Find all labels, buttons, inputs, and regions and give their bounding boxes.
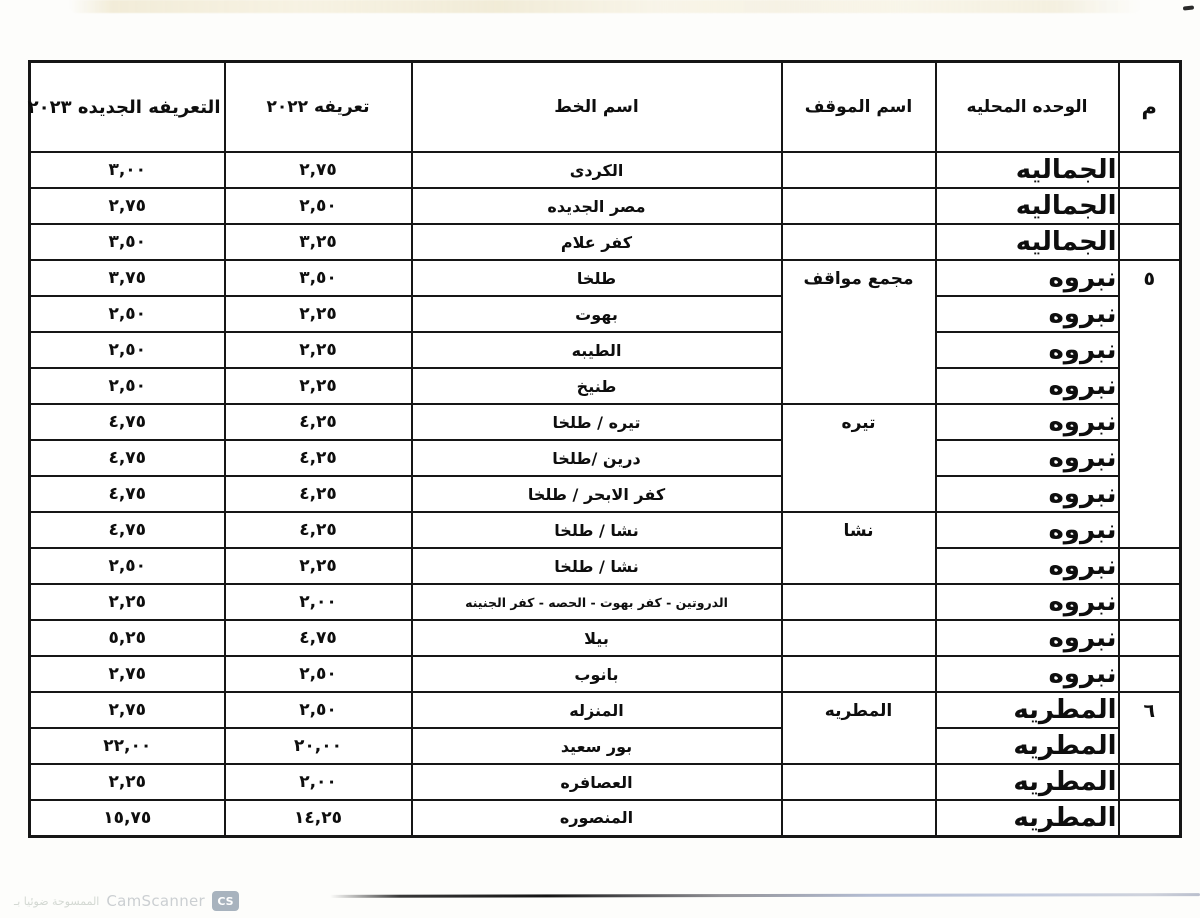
table-row: نبروه كفر الابحر / طلخا ٤,٢٥ ٤,٧٥ [30, 476, 1181, 512]
tariff-2022-cell: ٢,٢٥ [225, 296, 412, 332]
tariff-2023-cell: ٢,٧٥ [30, 692, 225, 728]
stop-cell [782, 152, 936, 188]
line-cell: العصافره [412, 764, 782, 800]
line-cell: طلخا [412, 260, 782, 296]
tariff-2023-cell: ٣,٧٥ [30, 260, 225, 296]
index-cell: ٦ [1119, 692, 1181, 764]
stop-cell: مجمع مواقف [782, 260, 936, 404]
camscanner-arabic-text: الممسوحة ضوئيا بـ [14, 895, 99, 908]
unit-cell: نبروه [936, 584, 1119, 620]
index-cell [1119, 764, 1181, 800]
table-row: ٥ نبروه مجمع مواقف طلخا ٣,٥٠ ٣,٧٥ [30, 260, 1181, 296]
tariff-2022-cell: ٢,٥٠ [225, 692, 412, 728]
header-index: م [1119, 62, 1181, 153]
index-cell [1119, 620, 1181, 656]
header-line: اسم الخط [412, 62, 782, 153]
table-row: نبروه طنيخ ٢,٢٥ ٢,٥٠ [30, 368, 1181, 404]
table-row: نبروه بيلا ٤,٧٥ ٥,٢٥ [30, 620, 1181, 656]
unit-cell: نبروه [936, 476, 1119, 512]
index-cell [1119, 188, 1181, 224]
line-cell: تيره / طلخا [412, 404, 782, 440]
camscanner-logo-icon: CS [212, 891, 239, 911]
index-cell [1119, 584, 1181, 620]
unit-cell: المطريه [936, 692, 1119, 728]
line-cell: طنيخ [412, 368, 782, 404]
index-cell [1119, 656, 1181, 692]
table-row: نبروه الطيبه ٢,٢٥ ٢,٥٠ [30, 332, 1181, 368]
unit-cell: الجماليه [936, 224, 1119, 260]
unit-cell: نبروه [936, 296, 1119, 332]
table-row: نبروه نشا / طلخا ٢,٢٥ ٢,٥٠ [30, 548, 1181, 584]
tariff-2023-cell: ١٥,٧٥ [30, 800, 225, 836]
tariff-2022-cell: ٢,٠٠ [225, 584, 412, 620]
tariff-2022-cell: ٢,٢٥ [225, 332, 412, 368]
table-row: الجماليه الكردى ٢,٧٥ ٣,٠٠ [30, 152, 1181, 188]
tariff-2022-cell: ١٤,٢٥ [225, 800, 412, 836]
unit-cell: نبروه [936, 620, 1119, 656]
stop-cell [782, 764, 936, 800]
unit-cell: الجماليه [936, 152, 1119, 188]
tariff-2022-cell: ٢,٧٥ [225, 152, 412, 188]
stop-cell: نشا [782, 512, 936, 584]
line-cell: المنصوره [412, 800, 782, 836]
tariff-2022-cell: ٤,٢٥ [225, 404, 412, 440]
unit-cell: المطريه [936, 728, 1119, 764]
tariff-2022-cell: ٢٠,٠٠ [225, 728, 412, 764]
line-cell: المنزله [412, 692, 782, 728]
tariff-2023-cell: ٢,٧٥ [30, 656, 225, 692]
unit-cell: نبروه [936, 260, 1119, 296]
header-stop: اسم الموقف [782, 62, 936, 153]
line-cell: بهوت [412, 296, 782, 332]
tariff-2022-cell: ٢,٢٥ [225, 368, 412, 404]
tariff-2022-cell: ٣,٥٠ [225, 260, 412, 296]
stop-cell [782, 224, 936, 260]
line-cell: بانوب [412, 656, 782, 692]
stop-cell [782, 188, 936, 224]
tariff-2022-cell: ٤,٧٥ [225, 620, 412, 656]
corner-pen-mark [1183, 5, 1194, 10]
tariff-2022-cell: ٢,٠٠ [225, 764, 412, 800]
table-row: نبروه بهوت ٢,٢٥ ٢,٥٠ [30, 296, 1181, 332]
header-row: م الوحده المحليه اسم الموقف اسم الخط تعر… [30, 62, 1181, 153]
index-cell: ٥ [1119, 260, 1181, 548]
tariff-2022-cell: ٣,٢٥ [225, 224, 412, 260]
tariff-2022-cell: ٤,٢٥ [225, 512, 412, 548]
unit-cell: نبروه [936, 332, 1119, 368]
index-cell [1119, 224, 1181, 260]
stop-cell [782, 584, 936, 620]
tariff-2023-cell: ٤,٧٥ [30, 440, 225, 476]
scanned-page: م الوحده المحليه اسم الموقف اسم الخط تعر… [0, 0, 1200, 918]
camscanner-brand-text: CamScanner [106, 892, 205, 910]
unit-cell: نبروه [936, 440, 1119, 476]
line-cell: نشا / طلخا [412, 512, 782, 548]
tariff-2023-cell: ٢,٧٥ [30, 188, 225, 224]
index-cell [1119, 152, 1181, 188]
unit-cell: نبروه [936, 368, 1119, 404]
line-cell: كفر الابحر / طلخا [412, 476, 782, 512]
stop-cell [782, 800, 936, 836]
header-tariff-2023: التعريفه الجديده ٢٠٢٣ [30, 62, 225, 153]
tariff-table-container: م الوحده المحليه اسم الموقف اسم الخط تعر… [32, 60, 1182, 838]
table-row: الجماليه كفر علام ٣,٢٥ ٣,٥٠ [30, 224, 1181, 260]
tariff-2023-cell: ٥,٢٥ [30, 620, 225, 656]
stop-cell: تيره [782, 404, 936, 512]
tariff-2023-cell: ٢,٥٠ [30, 296, 225, 332]
line-cell: نشا / طلخا [412, 548, 782, 584]
table-row: نبروه نشا نشا / طلخا ٤,٢٥ ٤,٧٥ [30, 512, 1181, 548]
stop-cell: المطريه [782, 692, 936, 764]
unit-cell: نبروه [936, 656, 1119, 692]
stop-cell [782, 656, 936, 692]
line-cell: درين /طلخا [412, 440, 782, 476]
tariff-2022-cell: ٢,٥٠ [225, 188, 412, 224]
unit-cell: المطريه [936, 764, 1119, 800]
line-cell: بيلا [412, 620, 782, 656]
table-row: نبروه درين /طلخا ٤,٢٥ ٤,٧٥ [30, 440, 1181, 476]
table-row: نبروه بانوب ٢,٥٠ ٢,٧٥ [30, 656, 1181, 692]
tariff-2023-cell: ٣,٥٠ [30, 224, 225, 260]
unit-cell: نبروه [936, 548, 1119, 584]
table-row: المطريه بور سعيد ٢٠,٠٠ ٢٢,٠٠ [30, 728, 1181, 764]
table-row: الجماليه مصر الجديده ٢,٥٠ ٢,٧٥ [30, 188, 1181, 224]
tariff-2023-cell: ٤,٧٥ [30, 476, 225, 512]
tariff-2023-cell: ٢,٢٥ [30, 584, 225, 620]
tariff-2023-cell: ٢,٥٠ [30, 548, 225, 584]
tariff-2023-cell: ٣,٠٠ [30, 152, 225, 188]
top-cutoff-text-smudge [70, 0, 1140, 13]
table-row: ٦ المطريه المطريه المنزله ٢,٥٠ ٢,٧٥ [30, 692, 1181, 728]
unit-cell: المطريه [936, 800, 1119, 836]
tariff-2022-cell: ٢,٢٥ [225, 548, 412, 584]
page-edge-scan-line [330, 893, 1200, 898]
tariff-2023-cell: ٤,٧٥ [30, 512, 225, 548]
table-row: نبروه الدروتين - كفر بهوت - الحصه - كفر … [30, 584, 1181, 620]
tariff-2023-cell: ٢,٥٠ [30, 332, 225, 368]
line-cell: الكردى [412, 152, 782, 188]
line-cell: الطيبه [412, 332, 782, 368]
tariff-2023-cell: ٤,٧٥ [30, 404, 225, 440]
unit-cell: نبروه [936, 512, 1119, 548]
camscanner-watermark: CS CamScanner الممسوحة ضوئيا بـ [14, 891, 239, 911]
line-cell: كفر علام [412, 224, 782, 260]
stop-cell [782, 620, 936, 656]
tariff-table: م الوحده المحليه اسم الموقف اسم الخط تعر… [28, 60, 1182, 838]
table-row: المطريه المنصوره ١٤,٢٥ ١٥,٧٥ [30, 800, 1181, 836]
header-tariff-2022: تعريفه ٢٠٢٢ [225, 62, 412, 153]
unit-cell: الجماليه [936, 188, 1119, 224]
unit-cell: نبروه [936, 404, 1119, 440]
line-cell: بور سعيد [412, 728, 782, 764]
line-cell: مصر الجديده [412, 188, 782, 224]
tariff-2023-cell: ٢,٢٥ [30, 764, 225, 800]
line-cell: الدروتين - كفر بهوت - الحصه - كفر الجنين… [412, 584, 782, 620]
tariff-2022-cell: ٤,٢٥ [225, 476, 412, 512]
tariff-2022-cell: ٤,٢٥ [225, 440, 412, 476]
table-row: نبروه تيره تيره / طلخا ٤,٢٥ ٤,٧٥ [30, 404, 1181, 440]
index-cell [1119, 548, 1181, 584]
tariff-2022-cell: ٢,٥٠ [225, 656, 412, 692]
table-row: المطريه العصافره ٢,٠٠ ٢,٢٥ [30, 764, 1181, 800]
header-unit: الوحده المحليه [936, 62, 1119, 153]
tariff-2023-cell: ٢٢,٠٠ [30, 728, 225, 764]
index-cell [1119, 800, 1181, 836]
tariff-2023-cell: ٢,٥٠ [30, 368, 225, 404]
